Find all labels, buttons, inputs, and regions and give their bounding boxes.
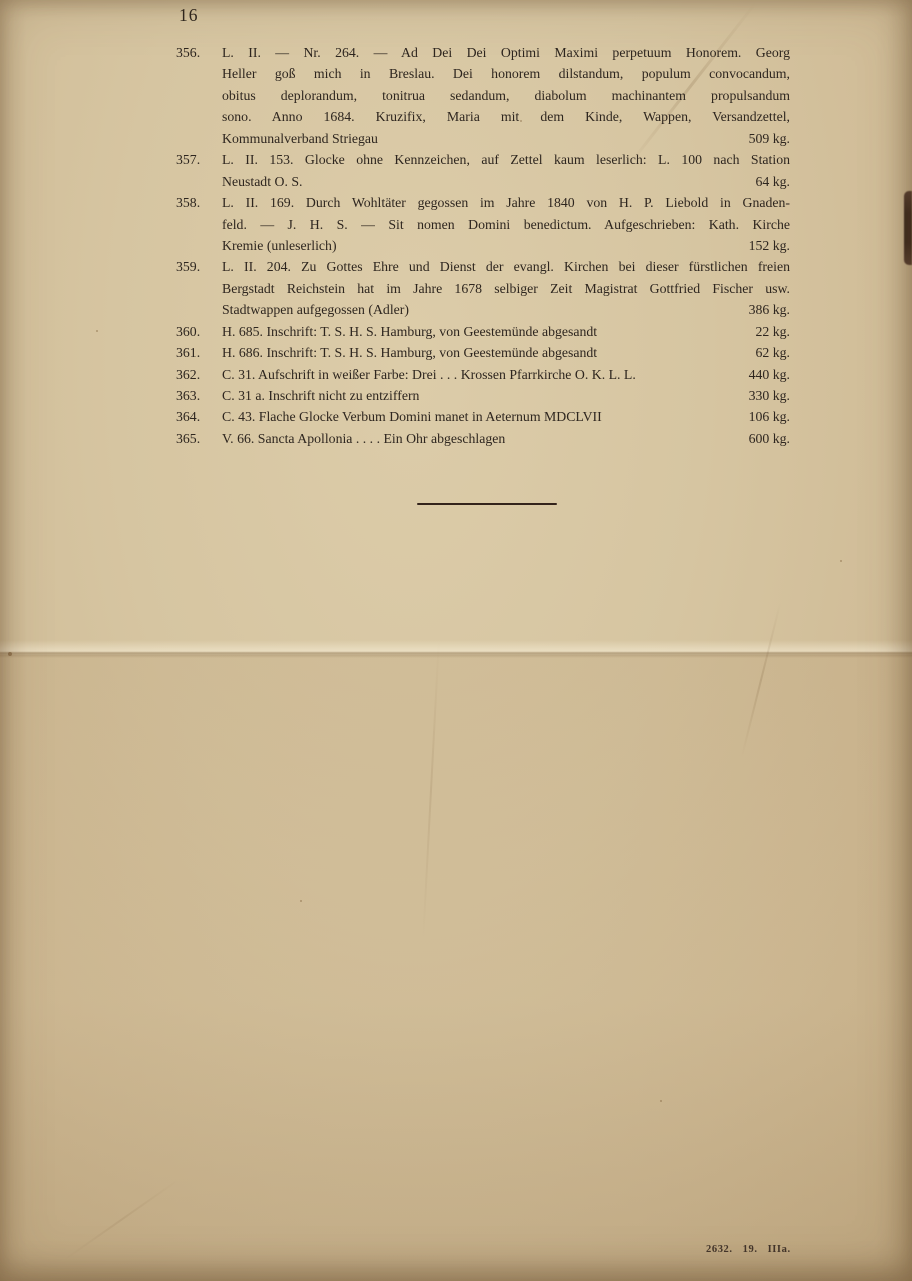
entry-361: 361. H. 686. Inschrift: T. S. H. S. Hamb…: [176, 342, 790, 363]
paper-crease: [63, 1179, 179, 1261]
entry-last-line: Neustadt O. S. 64 kg.: [222, 171, 790, 192]
entry-356: 356. L. II. — Nr. 264. — Ad Dei Dei Opti…: [176, 42, 790, 149]
entry-text-line: Kremie (unleserlich): [222, 235, 337, 256]
entry-text-line: obitus deplorandum, tonitrua sedandum, d…: [222, 85, 790, 106]
entry-body: H. 686. Inschrift: T. S. H. S. Hamburg, …: [222, 342, 790, 363]
printer-mark-part: 19.: [743, 1244, 758, 1255]
entry-text-line: Kommunalverband Striegau: [222, 128, 378, 149]
entry-text-line: sono. Anno 1684. Kruzifix, Maria mit dem…: [222, 106, 790, 127]
section-divider-rule: [417, 503, 557, 505]
entry-text-line: L. II. 169. Durch Wohltäter gegossen im …: [222, 192, 790, 213]
entry-text-line: V. 66. Sancta Apollonia . . . . Ein Ohr …: [222, 428, 505, 449]
entry-359: 359. L. II. 204. Zu Gottes Ehre und Dien…: [176, 256, 790, 320]
paper-speck: [840, 560, 842, 562]
entry-weight: 152 kg.: [741, 235, 790, 256]
horizontal-fold-crease: [0, 640, 912, 658]
page-number: 16: [179, 5, 199, 26]
entry-body: V. 66. Sancta Apollonia . . . . Ein Ohr …: [222, 428, 790, 449]
entry-text-line: C. 31 a. Inschrift nicht zu entziffern: [222, 385, 419, 406]
paper-speck: [300, 900, 302, 902]
printer-mark-part: 2632.: [706, 1244, 733, 1255]
entry-weight: 440 kg.: [741, 364, 790, 385]
printer-mark: 2632. 19. IIIa.: [706, 1244, 791, 1255]
entry-body: C. 31. Aufschrift in weißer Farbe: Drei …: [222, 364, 790, 385]
entry-body: L. II. 204. Zu Gottes Ehre und Dienst de…: [222, 256, 790, 320]
entry-weight: 330 kg.: [741, 385, 790, 406]
paper-speck: [96, 330, 98, 332]
entry-last-line: C. 31. Aufschrift in weißer Farbe: Drei …: [222, 364, 790, 385]
entry-text-line: C. 43. Flache Glocke Verbum Domini manet…: [222, 406, 602, 427]
entry-357: 357. L. II. 153. Glocke ohne Kennzeichen…: [176, 149, 790, 192]
entry-body: H. 685. Inschrift: T. S. H. S. Hamburg, …: [222, 321, 790, 342]
scanned-document-page: 16 356. L. II. — Nr. 264. — Ad Dei Dei O…: [0, 0, 912, 1281]
entry-text-line: Stadtwappen aufgegossen (Adler): [222, 299, 409, 320]
entry-weight: 22 kg.: [748, 321, 791, 342]
entry-text-line: Neustadt O. S.: [222, 171, 302, 192]
entry-text-line: C. 31. Aufschrift in weißer Farbe: Drei …: [222, 364, 636, 385]
entry-text-line: H. 686. Inschrift: T. S. H. S. Hamburg, …: [222, 342, 597, 363]
entry-last-line: C. 43. Flache Glocke Verbum Domini manet…: [222, 406, 790, 427]
entry-last-line: V. 66. Sancta Apollonia . . . . Ein Ohr …: [222, 428, 790, 449]
paper-speck: [8, 652, 12, 656]
entry-weight: 600 kg.: [741, 428, 790, 449]
entry-last-line: H. 685. Inschrift: T. S. H. S. Hamburg, …: [222, 321, 790, 342]
entry-text-line: L. II. 153. Glocke ohne Kennzeichen, auf…: [222, 149, 790, 170]
entry-365: 365. V. 66. Sancta Apollonia . . . . Ein…: [176, 428, 790, 449]
entry-360: 360. H. 685. Inschrift: T. S. H. S. Hamb…: [176, 321, 790, 342]
paper-crease: [741, 602, 782, 758]
entry-363: 363. C. 31 a. Inschrift nicht zu entziff…: [176, 385, 790, 406]
entry-number: 361.: [176, 342, 222, 363]
entry-last-line: Kremie (unleserlich) 152 kg.: [222, 235, 790, 256]
entry-last-line: Stadtwappen aufgegossen (Adler) 386 kg.: [222, 299, 790, 320]
entry-last-line: H. 686. Inschrift: T. S. H. S. Hamburg, …: [222, 342, 790, 363]
entry-body: C. 43. Flache Glocke Verbum Domini manet…: [222, 406, 790, 427]
entry-number: 358.: [176, 192, 222, 213]
entry-text-line: L. II. 204. Zu Gottes Ehre und Dienst de…: [222, 256, 790, 277]
entry-weight: 509 kg.: [741, 128, 790, 149]
entry-weight: 106 kg.: [741, 406, 790, 427]
entry-358: 358. L. II. 169. Durch Wohltäter gegosse…: [176, 192, 790, 256]
entry-number: 363.: [176, 385, 222, 406]
entry-body: L. II. — Nr. 264. — Ad Dei Dei Optimi Ma…: [222, 42, 790, 149]
fold-shading: [0, 655, 912, 1281]
entry-362: 362. C. 31. Aufschrift in weißer Farbe: …: [176, 364, 790, 385]
entry-text-line: Bergstadt Reichstein hat im Jahre 1678 s…: [222, 278, 790, 299]
entry-body: C. 31 a. Inschrift nicht zu entziffern 3…: [222, 385, 790, 406]
entry-weight: 62 kg.: [748, 342, 791, 363]
entry-weight: 64 kg.: [748, 171, 791, 192]
entry-weight: 386 kg.: [741, 299, 790, 320]
entry-text-line: feld. — J. H. S. — Sit nomen Domini bene…: [222, 214, 790, 235]
entry-number: 359.: [176, 256, 222, 277]
entry-number: 360.: [176, 321, 222, 342]
entry-body: L. II. 153. Glocke ohne Kennzeichen, auf…: [222, 149, 790, 192]
printer-mark-part: IIIa.: [768, 1244, 791, 1255]
paper-crease: [422, 640, 440, 940]
entry-last-line: Kommunalverband Striegau 509 kg.: [222, 128, 790, 149]
entry-text-line: H. 685. Inschrift: T. S. H. S. Hamburg, …: [222, 321, 597, 342]
entry-number: 357.: [176, 149, 222, 170]
entry-number: 362.: [176, 364, 222, 385]
entry-number: 364.: [176, 406, 222, 427]
catalog-list: 356. L. II. — Nr. 264. — Ad Dei Dei Opti…: [176, 42, 790, 449]
entry-number: 365.: [176, 428, 222, 449]
entry-number: 356.: [176, 42, 222, 63]
entry-text-line: L. II. — Nr. 264. — Ad Dei Dei Optimi Ma…: [222, 42, 790, 63]
paper-speck: [660, 1100, 662, 1102]
right-edge-ink-mark: [904, 191, 912, 265]
entry-364: 364. C. 43. Flache Glocke Verbum Domini …: [176, 406, 790, 427]
entry-last-line: C. 31 a. Inschrift nicht zu entziffern 3…: [222, 385, 790, 406]
entry-body: L. II. 169. Durch Wohltäter gegossen im …: [222, 192, 790, 256]
entry-text-line: Heller goß mich in Breslau. Dei honorem …: [222, 63, 790, 84]
